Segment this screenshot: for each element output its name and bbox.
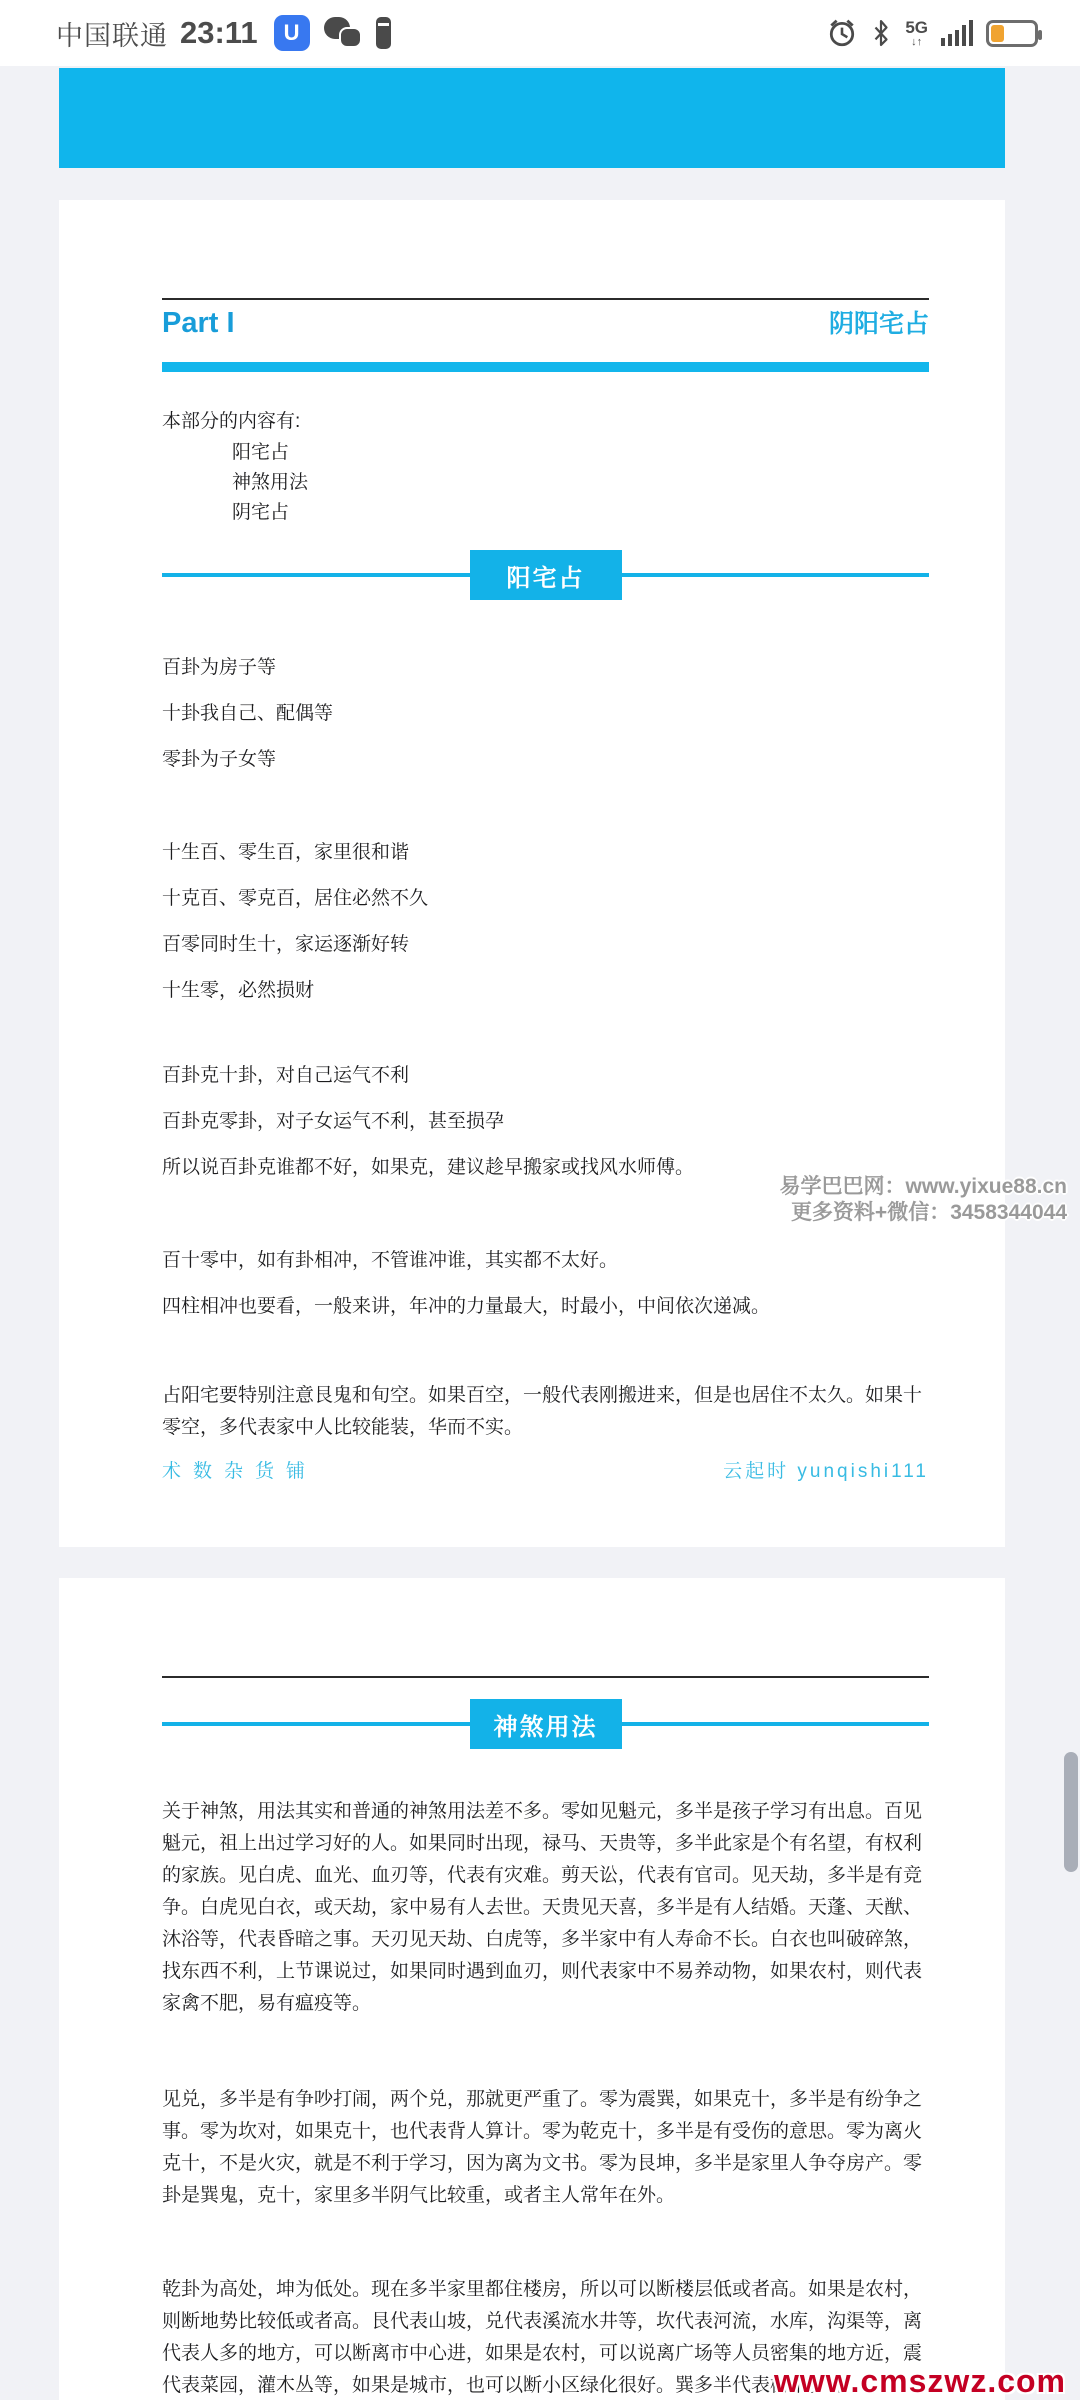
alarm-clock-icon — [827, 18, 857, 48]
part-title: 阴阳宅占 — [829, 304, 929, 340]
document-page-1: Part I 阴阳宅占 本部分的内容有: 阳宅占 神煞用法 阴宅占 阳宅占 百卦… — [59, 200, 1005, 1547]
part-label: Part I — [162, 307, 235, 340]
footer-shop-name: 术数杂货铺 — [162, 1456, 317, 1483]
clock: 23:11 — [180, 15, 258, 51]
paragraph-group-c: 百卦克十卦，对自己运气不利 百卦克零卦，对子女运气不利，甚至损孕 所以说百卦克谁… — [162, 1053, 937, 1191]
paragraph-group-a: 百卦为房子等 十卦我自己、配偶等 零卦为子女等 — [162, 645, 937, 783]
network-type-indicator: 5G ↓↑ — [905, 19, 928, 48]
app-header-banner — [59, 68, 1005, 168]
part-underline-bar — [162, 362, 929, 372]
status-bar: 中国联通 23:11 U 5G ↓↑ — [0, 0, 1080, 66]
section-title-box: 阳宅占 — [470, 550, 622, 600]
notification-icons: U — [274, 15, 391, 51]
page1-top-rule — [162, 298, 929, 300]
page2-top-rule — [162, 1676, 929, 1678]
wechat-icon — [324, 15, 362, 51]
part-header: Part I 阴阳宅占 — [162, 304, 929, 340]
paragraph-group-d: 百十零中，如有卦相冲，不管谁冲谁，其实都不太好。 四柱相冲也要看，一般来讲，年冲… — [162, 1238, 937, 1330]
section-title-box: 神煞用法 — [470, 1699, 622, 1749]
contents-heading: 本部分的内容有: — [162, 406, 300, 433]
signal-strength-icon — [941, 20, 973, 46]
status-indicators: 5G ↓↑ — [827, 17, 1038, 49]
battery-icon — [986, 20, 1038, 47]
watermark-cmszwz: www.cmszwz.com — [774, 2363, 1066, 2400]
watermark-yixue: 易学巴巴网：www.yixue88.cn 更多资料+微信：3458344044 — [780, 1174, 1067, 1226]
vial-icon — [376, 17, 391, 49]
paragraph-group-b: 十生百、零生百，家里很和谐 十克百、零克百，居住必然不久 百零同时生十，家运逐渐… — [162, 830, 937, 1014]
unicom-app-icon: U — [274, 15, 310, 51]
phone-screen: 中国联通 23:11 U 5G ↓↑ — [0, 0, 1080, 2400]
contents-list: 阳宅占 神煞用法 阴宅占 — [232, 438, 308, 528]
network-arrows: ↓↑ — [911, 37, 922, 48]
footer-author: 云起时 yunqishi111 — [723, 1456, 929, 1483]
bluetooth-icon — [870, 17, 892, 49]
document-page-2: 神煞用法 关于神煞，用法其实和普通的神煞用法差不多。零如见魁元，多半是孩子学习有… — [59, 1578, 1005, 2400]
paragraph-group-e: 占阳宅要特别注意艮鬼和旬空。如果百空，一般代表刚搬进来，但是也居住不太久。如果十… — [162, 1380, 937, 1444]
paragraph-shensha-2: 见兑，多半是有争吵打闹，两个兑，那就更严重了。零为震巽，如果克十，多半是有纷争之… — [162, 2084, 937, 2212]
page1-footer: 术数杂货铺 云起时 yunqishi111 — [162, 1456, 929, 1483]
paragraph-shensha-1: 关于神煞，用法其实和普通的神煞用法差不多。零如见魁元，多半是孩子学习有出息。百见… — [162, 1796, 937, 2020]
network-5g-label: 5G — [905, 19, 928, 36]
section-divider-yangzhai: 阳宅占 — [162, 550, 929, 600]
section-divider-shensha: 神煞用法 — [162, 1699, 929, 1749]
scrollbar-thumb[interactable] — [1064, 1752, 1078, 1872]
carrier-label: 中国联通 — [56, 14, 168, 53]
